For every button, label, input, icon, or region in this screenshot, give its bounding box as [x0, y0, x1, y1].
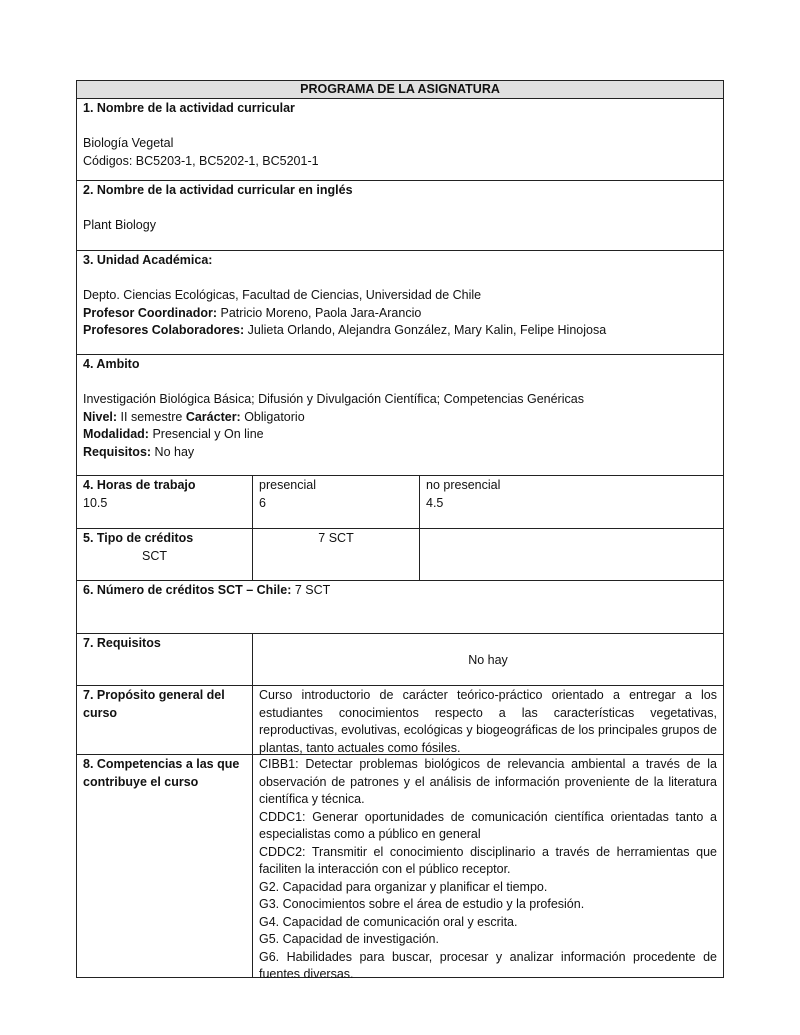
competencia-item: CIBB1: Detectar problemas biológicos de … — [259, 756, 717, 809]
table-title-row: PROGRAMA DE LA ASIGNATURA — [77, 81, 723, 98]
modalidad-line: Modalidad: Presencial y On line — [83, 426, 717, 444]
collaborators-label: Profesores Colaboradores: — [83, 323, 244, 337]
section-heading: 5. Tipo de créditos — [83, 530, 246, 548]
sct-credits-value: 7 SCT — [291, 583, 330, 597]
section-heading: 8. Competencias a las que contribuye el … — [77, 755, 252, 977]
nivel-line: Nivel: II semestre Carácter: Obligatorio — [83, 409, 717, 427]
section-proposito: 7. Propósito general del curso Curso int… — [77, 685, 723, 754]
section-requisitos: 7. Requisitos No hay — [77, 633, 723, 685]
requisitos-value: No hay — [259, 652, 717, 670]
course-name: Biología Vegetal — [83, 135, 717, 153]
ambito-areas: Investigación Biológica Básica; Difusión… — [83, 391, 717, 409]
section-tipo-creditos: 5. Tipo de créditos SCT 7 SCT — [77, 528, 723, 580]
section-heading: 3. Unidad Académica: — [83, 252, 717, 270]
competencia-item: G6. Habilidades para buscar, procesar y … — [259, 949, 717, 984]
section-competencias: 8. Competencias a las que contribuye el … — [77, 754, 723, 977]
department: Depto. Ciencias Ecológicas, Facultad de … — [83, 287, 717, 305]
credit-value: 7 SCT — [259, 530, 413, 548]
section-heading: 7. Propósito general del curso — [77, 686, 252, 754]
caracter-value: Obligatorio — [241, 410, 305, 424]
collaborators-line: Profesores Colaboradores: Julieta Orland… — [83, 322, 717, 340]
section-heading: 6. Número de créditos SCT – Chile: — [83, 583, 291, 597]
section-ambito: 4. Ambito Investigación Biológica Básica… — [77, 354, 723, 475]
section-heading: 4. Ambito — [83, 356, 717, 374]
section-unidad: 3. Unidad Académica: Depto. Ciencias Eco… — [77, 250, 723, 354]
requisitos-line: Requisitos: No hay — [83, 444, 717, 462]
hours-no-presencial: 4.5 — [426, 495, 717, 513]
hours-total: 10.5 — [83, 495, 246, 513]
section-heading: 7. Requisitos — [83, 635, 246, 653]
modalidad-label: Modalidad: — [83, 427, 149, 441]
requisitos-value: No hay — [151, 445, 194, 459]
coordinator-line: Profesor Coordinador: Patricio Moreno, P… — [83, 305, 717, 323]
course-program-table: PROGRAMA DE LA ASIGNATURA 1. Nombre de l… — [76, 80, 724, 978]
competencia-item: G5. Capacidad de investigación. — [259, 931, 717, 949]
course-codes: Códigos: BC5203-1, BC5202-1, BC5201-1 — [83, 153, 717, 171]
nivel-value: II semestre — [117, 410, 186, 424]
coordinator-value: Patricio Moreno, Paola Jara-Arancio — [217, 306, 421, 320]
course-name-english: Plant Biology — [83, 217, 717, 235]
competencia-item: G4. Capacidad de comunicación oral y esc… — [259, 914, 717, 932]
section-horas: 4. Horas de trabajo 10.5 presencial 6 no… — [77, 475, 723, 528]
credit-type: SCT — [83, 548, 246, 566]
table-title: PROGRAMA DE LA ASIGNATURA — [77, 81, 723, 98]
section-numero-creditos: 6. Número de créditos SCT – Chile: 7 SCT — [77, 580, 723, 633]
nivel-label: Nivel: — [83, 410, 117, 424]
competencia-item: CDDC1: Generar oportunidades de comunica… — [259, 809, 717, 844]
competencia-item: G3. Conocimientos sobre el área de estud… — [259, 896, 717, 914]
section-nombre: 1. Nombre de la actividad curricular Bio… — [77, 98, 723, 180]
coordinator-label: Profesor Coordinador: — [83, 306, 217, 320]
hours-no-presencial-label: no presencial — [426, 477, 717, 495]
section-nombre-ingles: 2. Nombre de la actividad curricular en … — [77, 180, 723, 250]
caracter-label: Carácter: — [186, 410, 241, 424]
competencias-list: CIBB1: Detectar problemas biológicos de … — [252, 755, 723, 977]
collaborators-value: Julieta Orlando, Alejandra González, Mar… — [244, 323, 606, 337]
modalidad-value: Presencial y On line — [149, 427, 264, 441]
section-heading: 2. Nombre de la actividad curricular en … — [83, 182, 717, 200]
competencia-item: CDDC2: Transmitir el conocimiento discip… — [259, 844, 717, 879]
competencia-item: G2. Capacidad para organizar y planifica… — [259, 879, 717, 897]
hours-presencial-label: presencial — [259, 477, 413, 495]
section-heading: 4. Horas de trabajo — [83, 477, 246, 495]
requisitos-label: Requisitos: — [83, 445, 151, 459]
hours-presencial: 6 — [259, 495, 413, 513]
section-heading: 1. Nombre de la actividad curricular — [83, 100, 717, 118]
proposito-text: Curso introductorio de carácter teórico-… — [252, 686, 723, 754]
